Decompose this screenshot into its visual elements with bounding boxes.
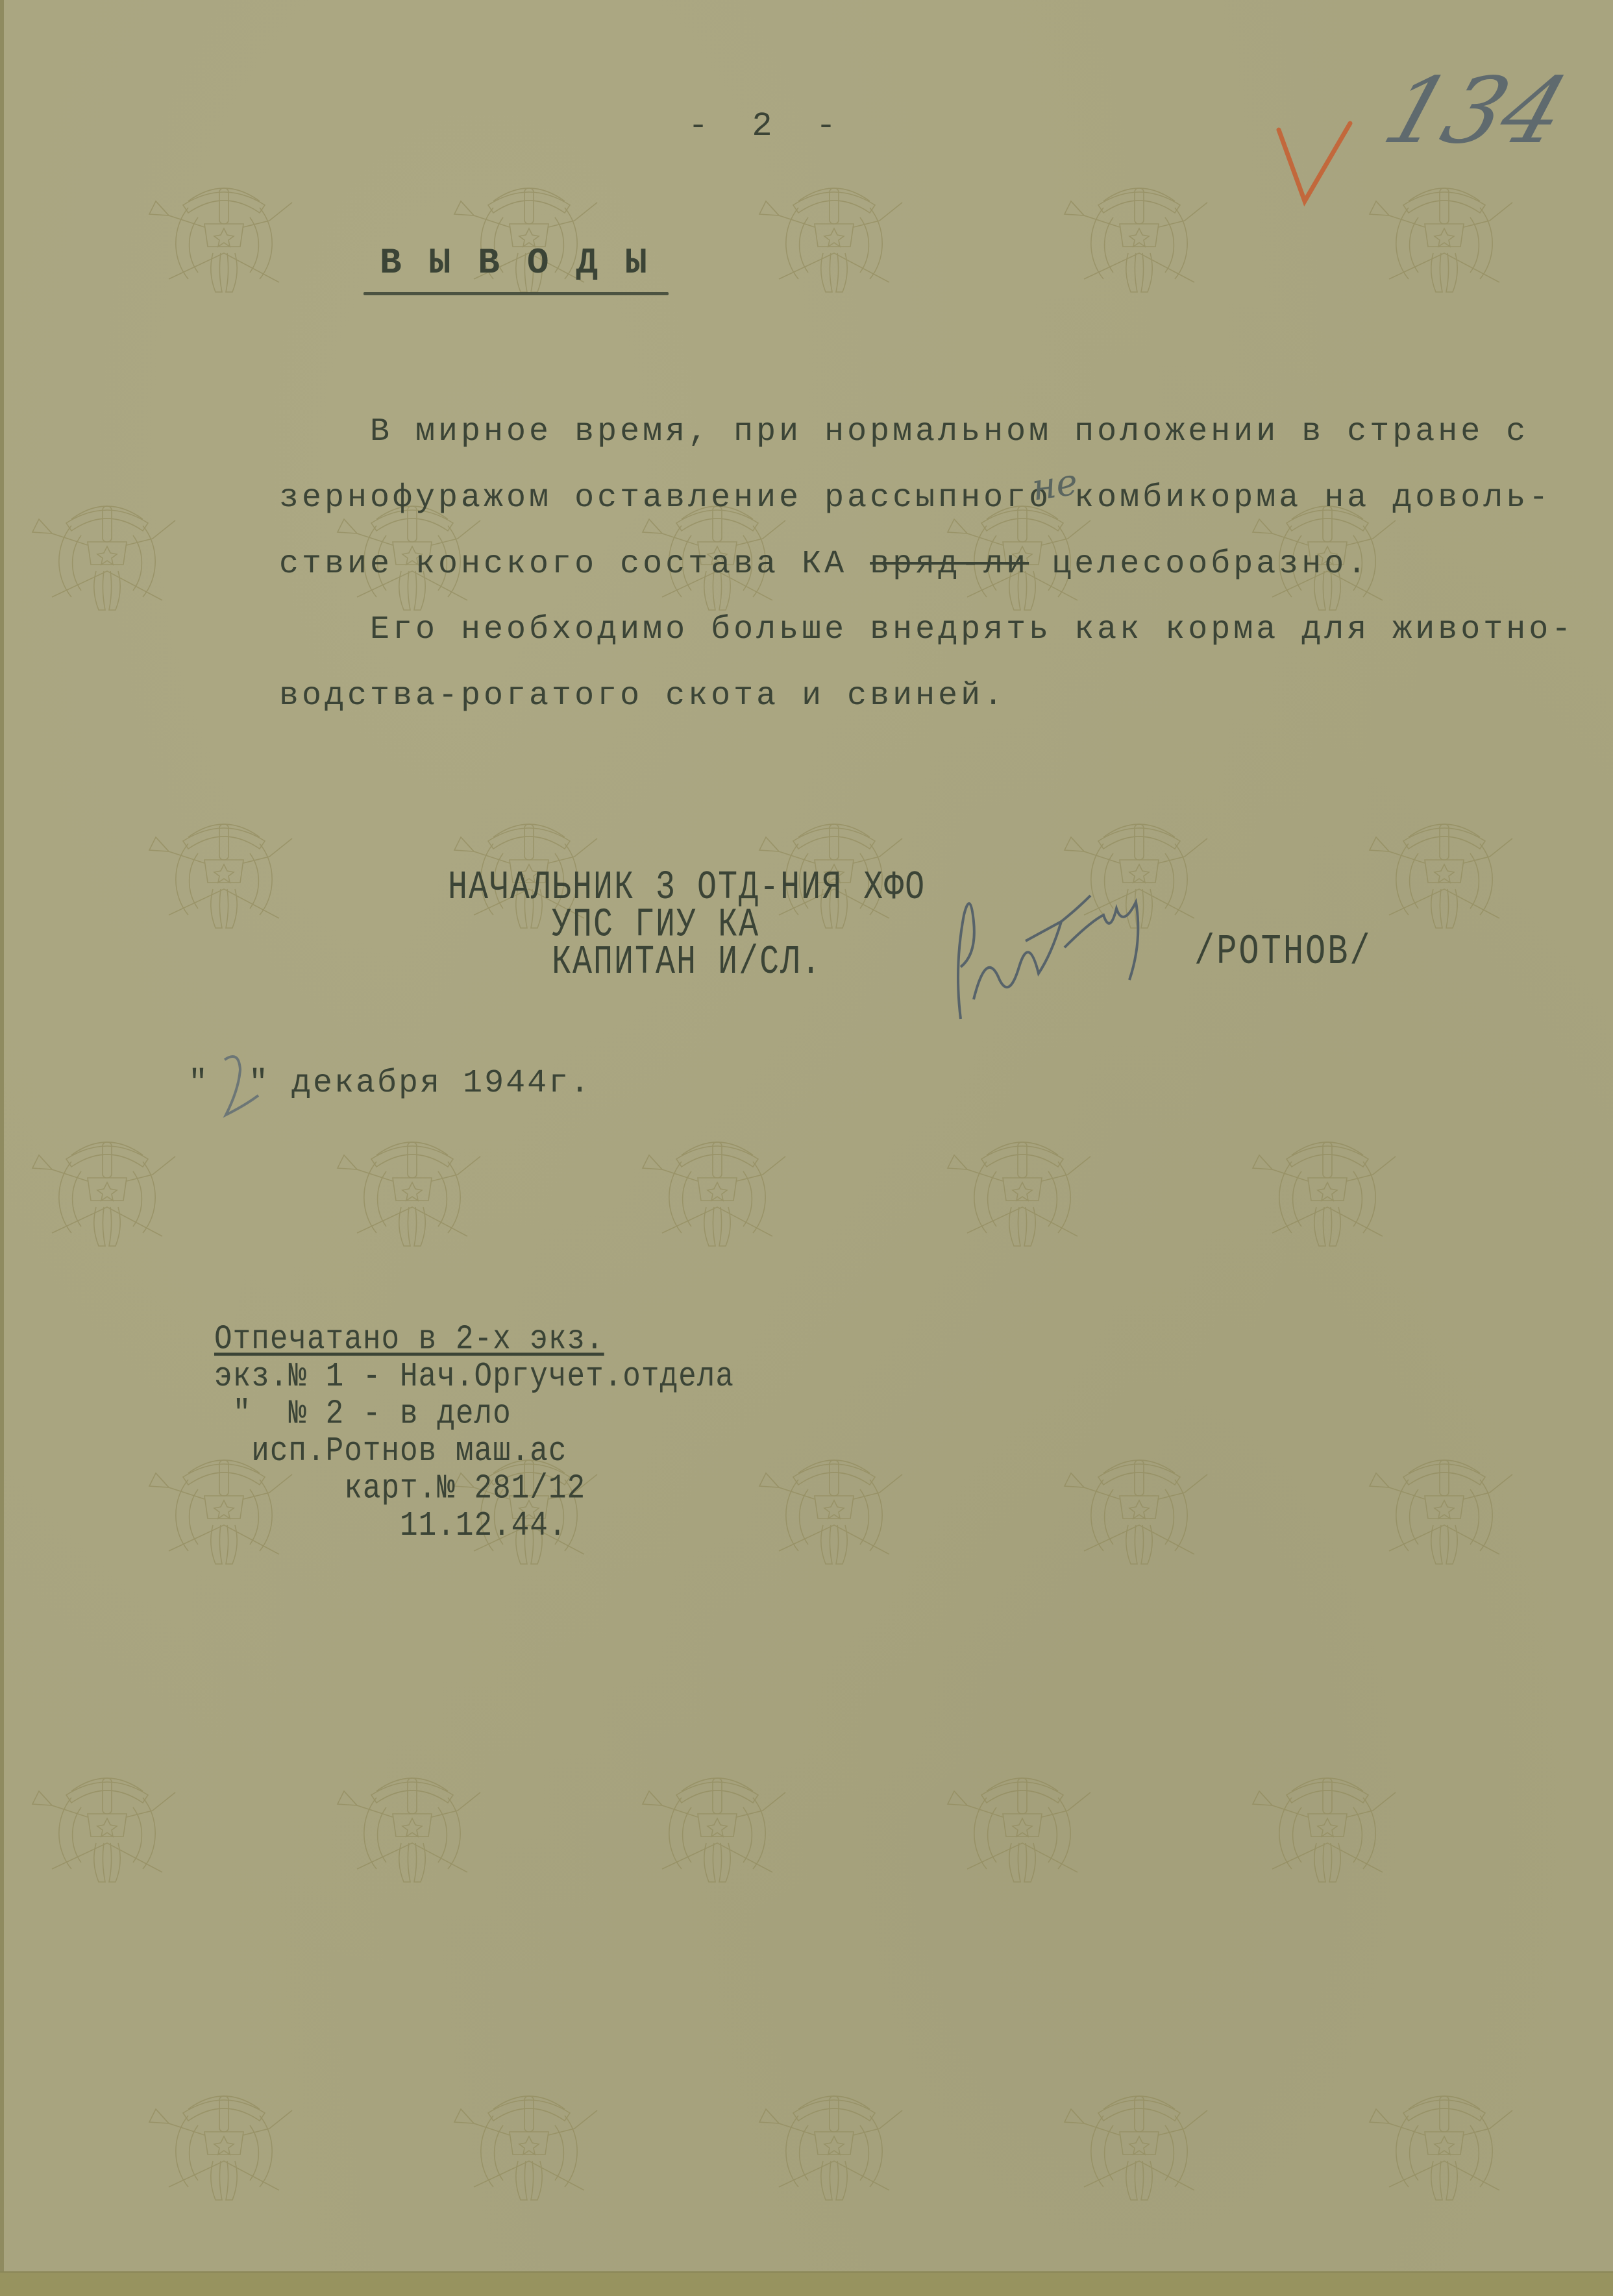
archive-sheet-number: 134 [1376,52,1590,149]
emblem-watermark-icon [1058,162,1220,305]
handwritten-signature-icon [948,870,1220,1025]
paragraph-line: ствие конского состава КА вряд-ли целесо… [279,531,1545,598]
emblem-watermark-icon [636,1116,798,1259]
handwritten-insertion: не [1029,461,1080,509]
emblem-watermark-icon [143,162,305,305]
page-number: - 2 - [688,107,848,146]
title-underline [363,292,669,295]
copies-note: Отпечатано в 2-х экз. [214,1321,734,1358]
paragraph-line: Его необходимо больше внедрять как корма… [279,597,1545,663]
emblem-watermark-icon [1363,798,1525,941]
page-bottom-edge [0,2271,1613,2296]
emblem-watermark-icon [448,162,610,305]
handwritten-day-icon [206,1050,265,1128]
copy-2-recipient: " № 2 - в дело [214,1395,734,1433]
emblem-watermark-icon [26,1116,188,1259]
emblem-watermark-icon [1363,2070,1525,2213]
emblem-watermark-icon [1246,1116,1409,1259]
signer-rank: КАПИТАН И/СЛ. [448,944,926,982]
card-number: карт.№ 281/12 [214,1470,734,1508]
emblem-watermark-icon [26,480,188,623]
paragraph-conclusion-1: В мирное время, при нормальном положении… [279,399,1545,598]
copy-1-recipient: экз.№ 1 - Нач.Оргучет.отдела [214,1358,734,1396]
emblem-watermark-icon [448,2070,610,2213]
signature-block: НАЧАЛЬНИК 3 ОТД-НИЯ ХФО УПС ГИУ КА КАПИТ… [448,870,926,982]
emblem-watermark-icon [26,1752,188,1895]
page-left-edge [0,0,4,2271]
signer-unit: УПС ГИУ КА [448,907,926,945]
emblem-watermark-icon [331,1752,493,1895]
paragraph-line: зернофуражом оставление рассыпного комби… [279,465,1545,531]
emblem-watermark-icon [1058,1434,1220,1577]
paragraph-line: В мирное время, при нормальном положении… [279,399,1545,465]
struck-text: вряд-ли [870,546,1029,583]
executor: исп.Ротнов маш.ас [214,1433,734,1471]
emblem-watermark-icon [1363,1434,1525,1577]
signer-position: НАЧАЛЬНИК 3 ОТД-НИЯ ХФО [448,870,926,907]
paragraph-line: водства-рогатого скота и свиней. [279,663,1545,729]
red-check-mark-icon [1272,117,1357,208]
emblem-watermark-icon [143,798,305,941]
print-record: Отпечатано в 2-х экз. экз.№ 1 - Нач.Оргу… [214,1321,734,1545]
emblem-watermark-icon [1058,2070,1220,2213]
emblem-watermark-icon [636,1752,798,1895]
emblem-watermark-icon [753,2070,915,2213]
emblem-watermark-icon [1246,1752,1409,1895]
emblem-watermark-icon [941,1752,1103,1895]
print-date: 11.12.44. [214,1508,734,1545]
paragraph-conclusion-2: Его необходимо больше внедрять как корма… [279,597,1545,729]
emblem-watermark-icon [753,162,915,305]
document-title: ВЫВОДЫ [380,243,674,282]
emblem-watermark-icon [941,1116,1103,1259]
emblem-watermark-icon [1363,162,1525,305]
emblem-watermark-icon [331,1116,493,1259]
emblem-watermark-icon [143,2070,305,2213]
signer-name: /РОТНОВ/ [1194,928,1372,977]
emblem-watermark-icon [753,1434,915,1577]
